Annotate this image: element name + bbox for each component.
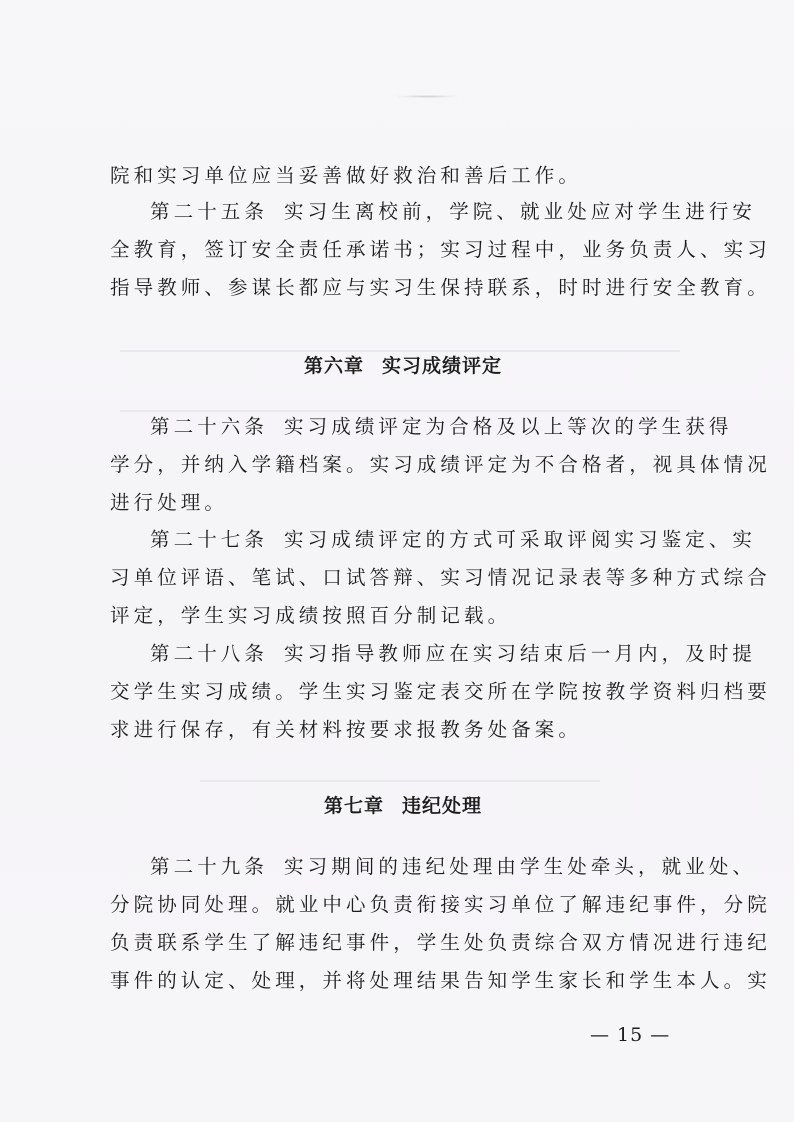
chapter-title: 实习成绩评定 bbox=[382, 355, 502, 377]
paragraph-continuation: 院和实习单位应当妥善做好救治和善后工作。 bbox=[110, 166, 582, 186]
article-label: 第二十六条 bbox=[150, 415, 268, 438]
scan-bleed-line bbox=[120, 410, 680, 412]
chapter-number: 第六章 bbox=[304, 355, 364, 377]
article-label: 第二十八条 bbox=[150, 642, 268, 665]
chapter-6-heading: 第六章实习成绩评定 bbox=[110, 357, 696, 376]
article-29-line-3: 负责联系学生了解违纪事件，学生处负责综合双方情况进行违纪 bbox=[110, 933, 771, 953]
article-29-line-4: 事件的认定、处理，并将处理结果告知学生家长和学生本人。实 bbox=[110, 971, 771, 991]
article-29-line-2: 分院协同处理。就业中心负责衔接实习单位了解违纪事件，分院 bbox=[110, 895, 771, 915]
article-28-line-1: 第二十八条实习指导教师应在实习结束后一月内，及时提 bbox=[150, 644, 756, 664]
article-26-line-3: 进行处理。 bbox=[110, 493, 228, 513]
article-28-line-3: 求进行保存，有关材料按要求报教务处备案。 bbox=[110, 720, 582, 740]
article-25-line-2: 全教育，签订安全责任承诺书；实习过程中，业务负责人、实习 bbox=[110, 240, 771, 260]
article-27-line-2: 习单位评语、笔试、口试答辩、实习情况记录表等多种方式综合 bbox=[110, 568, 771, 588]
article-25-line-3: 指导教师、参谋长都应与实习生保持联系，时时进行安全教育。 bbox=[110, 278, 771, 298]
chapter-7-heading: 第七章违纪处理 bbox=[110, 797, 696, 816]
scan-artifact bbox=[397, 95, 457, 98]
article-26-line-2: 学分，并纳入学籍档案。实习成绩评定为不合格者，视具体情况 bbox=[110, 455, 771, 475]
document-page: 院和实习单位应当妥善做好救治和善后工作。 第二十五条实习生离校前，学院、就业处应… bbox=[0, 0, 794, 1122]
article-28-line-2: 交学生实习成绩。学生实习鉴定表交所在学院按教学资料归档要 bbox=[110, 682, 771, 702]
article-26-line-1: 第二十六条实习成绩评定为合格及以上等次的学生获得 bbox=[150, 417, 732, 437]
article-label: 第二十五条 bbox=[150, 200, 268, 223]
article-label: 第二十九条 bbox=[150, 855, 268, 878]
scan-bleed-line bbox=[120, 350, 680, 352]
article-25-line-1: 第二十五条实习生离校前，学院、就业处应对学生进行安 bbox=[150, 202, 756, 222]
article-27-line-1: 第二十七条实习成绩评定的方式可采取评阅实习鉴定、实 bbox=[150, 530, 756, 550]
article-label: 第二十七条 bbox=[150, 528, 268, 551]
chapter-number: 第七章 bbox=[324, 795, 384, 817]
article-29-line-1: 第二十九条实习期间的违纪处理由学生处牵头，就业处、 bbox=[150, 857, 756, 877]
page-number: — 15 — bbox=[590, 1024, 670, 1046]
article-27-line-3: 评定，学生实习成绩按照百分制记载。 bbox=[110, 606, 511, 626]
scan-bleed-line bbox=[200, 780, 600, 782]
chapter-title: 违纪处理 bbox=[402, 795, 482, 817]
